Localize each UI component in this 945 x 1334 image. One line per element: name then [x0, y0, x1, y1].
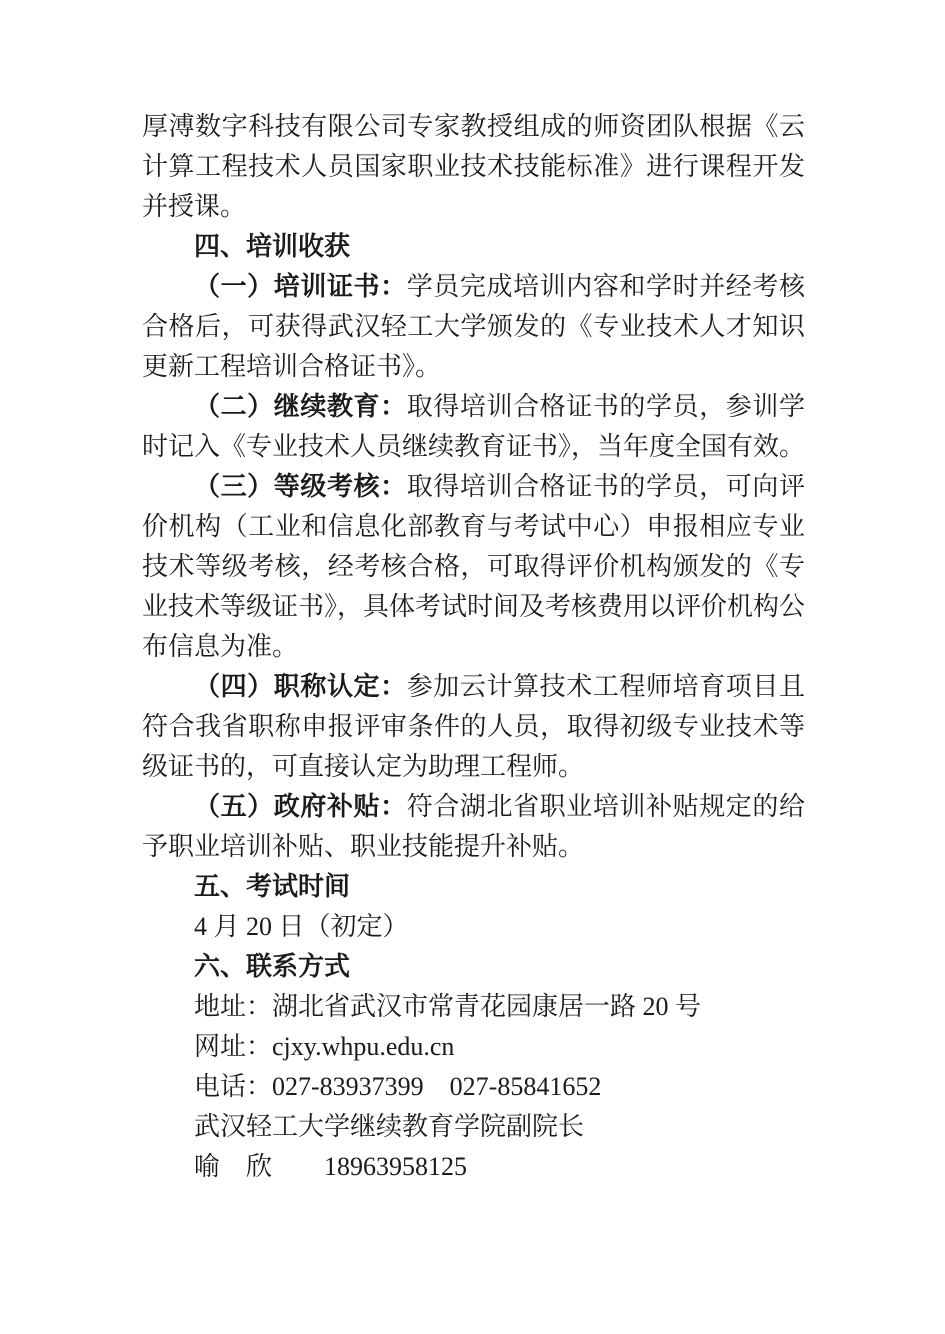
- paragraph-lead-training-certificate: （一）培训证书：: [194, 272, 407, 301]
- paragraph-contact-website: 网址：cjxy.whpu.edu.cn: [142, 1027, 805, 1067]
- paragraph-lead-continuing-education: （二）继续教育：: [194, 392, 407, 421]
- paragraph-lead-government-subsidy: （五）政府补贴：: [194, 792, 407, 821]
- section-heading-exam-time: 五、考试时间: [142, 867, 805, 907]
- paragraph-contact-phone: 电话：027-83937399 027-85841652: [142, 1067, 805, 1107]
- section-heading-contact-info: 六、联系方式: [142, 947, 805, 987]
- paragraph-faculty-course-development: 厚溥数字科技有限公司专家教授组成的师资团队根据《云计算工程技术人员国家职业技术技…: [142, 107, 805, 227]
- paragraph-contact-person: 喻 欣 18963958125: [142, 1147, 805, 1187]
- section-heading-training-gains: 四、培训收获: [142, 227, 805, 267]
- paragraph-continuing-education: （二）继续教育：取得培训合格证书的学员，参训学时记入《专业技术人员继续教育证书》…: [142, 387, 805, 467]
- paragraph-title-recognition: （四）职称认定：参加云计算技术工程师培育项目且符合我省职称申报评审条件的人员，取…: [142, 667, 805, 787]
- document-page: 厚溥数字科技有限公司专家教授组成的师资团队根据《云计算工程技术人员国家职业技术技…: [0, 0, 945, 1334]
- paragraph-contact-address: 地址：湖北省武汉市常青花园康居一路 20 号: [142, 987, 805, 1027]
- paragraph-lead-title-recognition: （四）职称认定：: [194, 672, 407, 701]
- paragraph-exam-date: 4 月 20 日（初定）: [142, 907, 805, 947]
- paragraph-lead-level-assessment: （三）等级考核：: [194, 472, 407, 501]
- paragraph-government-subsidy: （五）政府补贴：符合湖北省职业培训补贴规定的给予职业培训补贴、职业技能提升补贴。: [142, 787, 805, 867]
- paragraph-training-certificate: （一）培训证书：学员完成培训内容和学时并经考核合格后，可获得武汉轻工大学颁发的《…: [142, 267, 805, 387]
- document-content: 厚溥数字科技有限公司专家教授组成的师资团队根据《云计算工程技术人员国家职业技术技…: [0, 0, 945, 1187]
- paragraph-contact-title: 武汉轻工大学继续教育学院副院长: [142, 1107, 805, 1147]
- paragraph-level-assessment: （三）等级考核：取得培训合格证书的学员，可向评价机构（工业和信息化部教育与考试中…: [142, 467, 805, 667]
